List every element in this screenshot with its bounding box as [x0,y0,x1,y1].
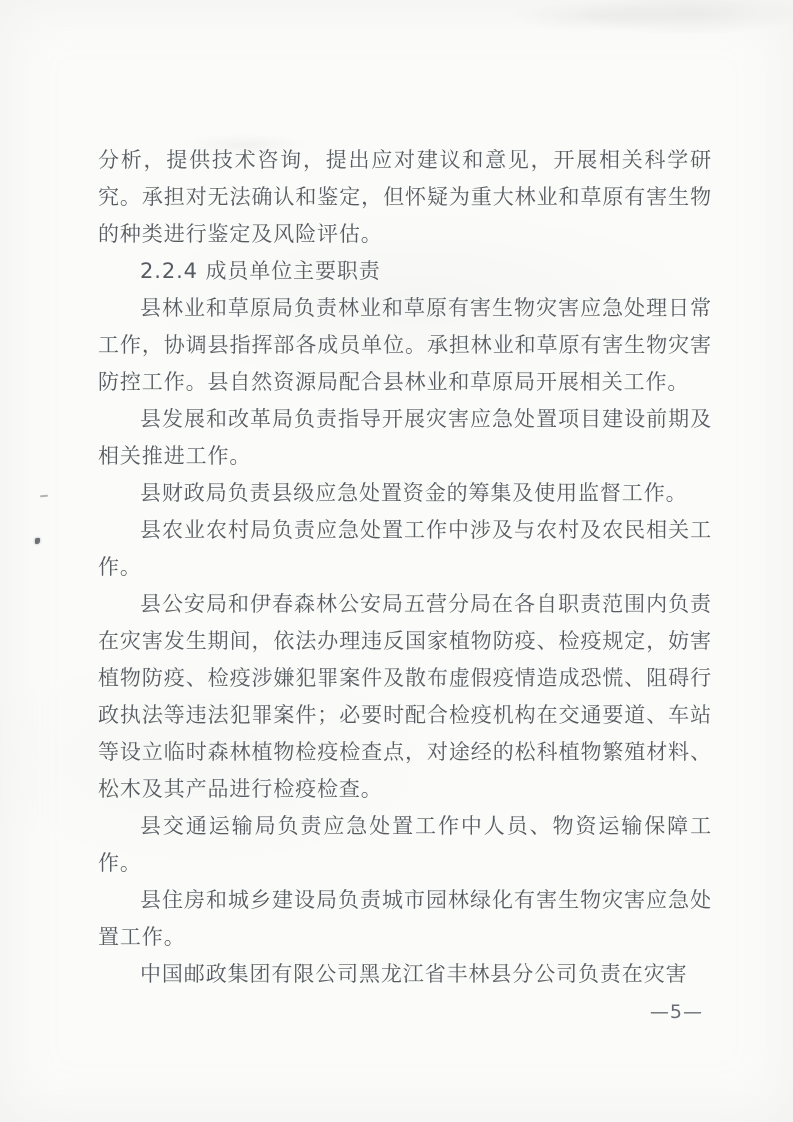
para-development-reform-bureau: 县发展和改革局负责指导开展灾害应急处置项目建设前期及相关推进工作。 [98,401,712,475]
para-forestry-grassland-bureau: 县林业和草原局负责林业和草原有害生物灾害应急处理日常工作，协调县指挥部各成员单位… [98,290,712,401]
heading-2-2-4-member-duties: 2.2.4 成员单位主要职责 [98,253,712,290]
scan-artifact-dash [40,495,48,498]
para-continuation-identification: 分析，提供技术咨询，提出应对建议和意见，开展相关科学研究。承担对无法确认和鉴定，… [98,142,712,253]
document-body: 分析，提供技术咨询，提出应对建议和意见，开展相关科学研究。承担对无法确认和鉴定，… [98,142,712,993]
scan-artifact-dot [35,538,40,544]
document-page: 分析，提供技术咨询，提出应对建议和意见，开展相关科学研究。承担对无法确认和鉴定，… [0,0,793,1122]
para-finance-bureau: 县财政局负责县级应急处置资金的筹集及使用监督工作。 [98,475,712,512]
page-number: —5— [650,1001,703,1023]
para-agriculture-rural-bureau: 县农业农村局负责应急处置工作中涉及与农村及农民相关工作。 [98,512,712,586]
para-transport-bureau: 县交通运输局负责应急处置工作中人员、物资运输保障工作。 [98,808,712,882]
para-housing-construction-bureau: 县住房和城乡建设局负责城市园林绿化有害生物灾害应急处置工作。 [98,882,712,956]
para-china-post: 中国邮政集团有限公司黑龙江省丰林县分公司负责在灾害 [98,956,712,993]
para-public-security-bureau: 县公安局和伊春森林公安局五营分局在各自职责范围内负责在灾害发生期间，依法办理违反… [98,586,712,808]
